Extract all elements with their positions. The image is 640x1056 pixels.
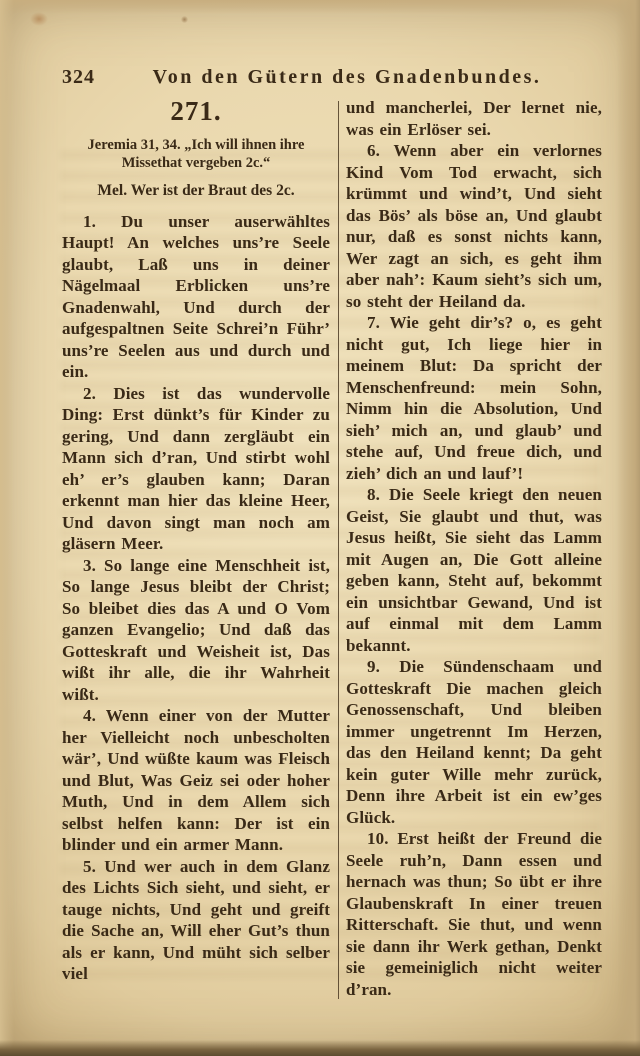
verse-10: 10. Erst heißt der Freund die Seele ruh’… [346,828,602,1000]
page-number: 324 [62,66,132,89]
verse-4: 4. Wenn einer von der Mutter her Viellei… [62,705,330,856]
verse-1: 1. Du unser auserwähltes Haupt! An welch… [62,211,330,383]
left-column: 271. Jeremia 31, 34. „Ich will ihnen ihr… [62,97,330,1007]
hymn-number: 271. [62,97,330,127]
page-edge-left [0,0,14,1056]
hymnal-page-scan: 324 Von den Gütern des Gnadenbundes. 271… [0,0,640,1056]
melody-line: Mel. Wer ist der Braut des 2c. [62,182,330,200]
section-title: Von den Gütern des Gnadenbundes. [132,66,602,89]
verse-9: 9. Die Sündenschaam und Gotteskraft Die … [346,656,602,828]
verse-3: 3. So lange eine Menschheit ist, So lang… [62,555,330,706]
verse-7: 7. Wie geht dir’s? o, es geht nicht gut,… [346,312,602,484]
verse-5-partial: 5. Und wer auch in dem Glanz des Lichts … [62,856,330,985]
verse-8: 8. Die Seele kriegt den neuen Geist, Sie… [346,484,602,656]
hymn-body: 271. Jeremia 31, 34. „Ich will ihnen ihr… [62,97,602,1007]
page-edge-right [616,0,640,1056]
page-edge-bottom [0,1040,640,1056]
right-column: und mancherlei, Der lernet nie, was ein … [346,97,602,1007]
column-divider-rule [338,101,339,999]
page-edge-top [0,0,640,14]
verse-5-continuation: und mancherlei, Der lernet nie, was ein … [346,97,602,140]
running-header: 324 Von den Gütern des Gnadenbundes. [62,66,602,89]
scripture-reference: Jeremia 31, 34. „Ich will ihnen ihre Mis… [64,136,328,172]
paper-stain-small [181,16,188,23]
paper-stain [30,12,48,26]
verse-2: 2. Dies ist das wundervolle Ding: Erst d… [62,383,330,555]
verse-6: 6. Wenn aber ein verlornes Kind Vom Tod … [346,140,602,312]
